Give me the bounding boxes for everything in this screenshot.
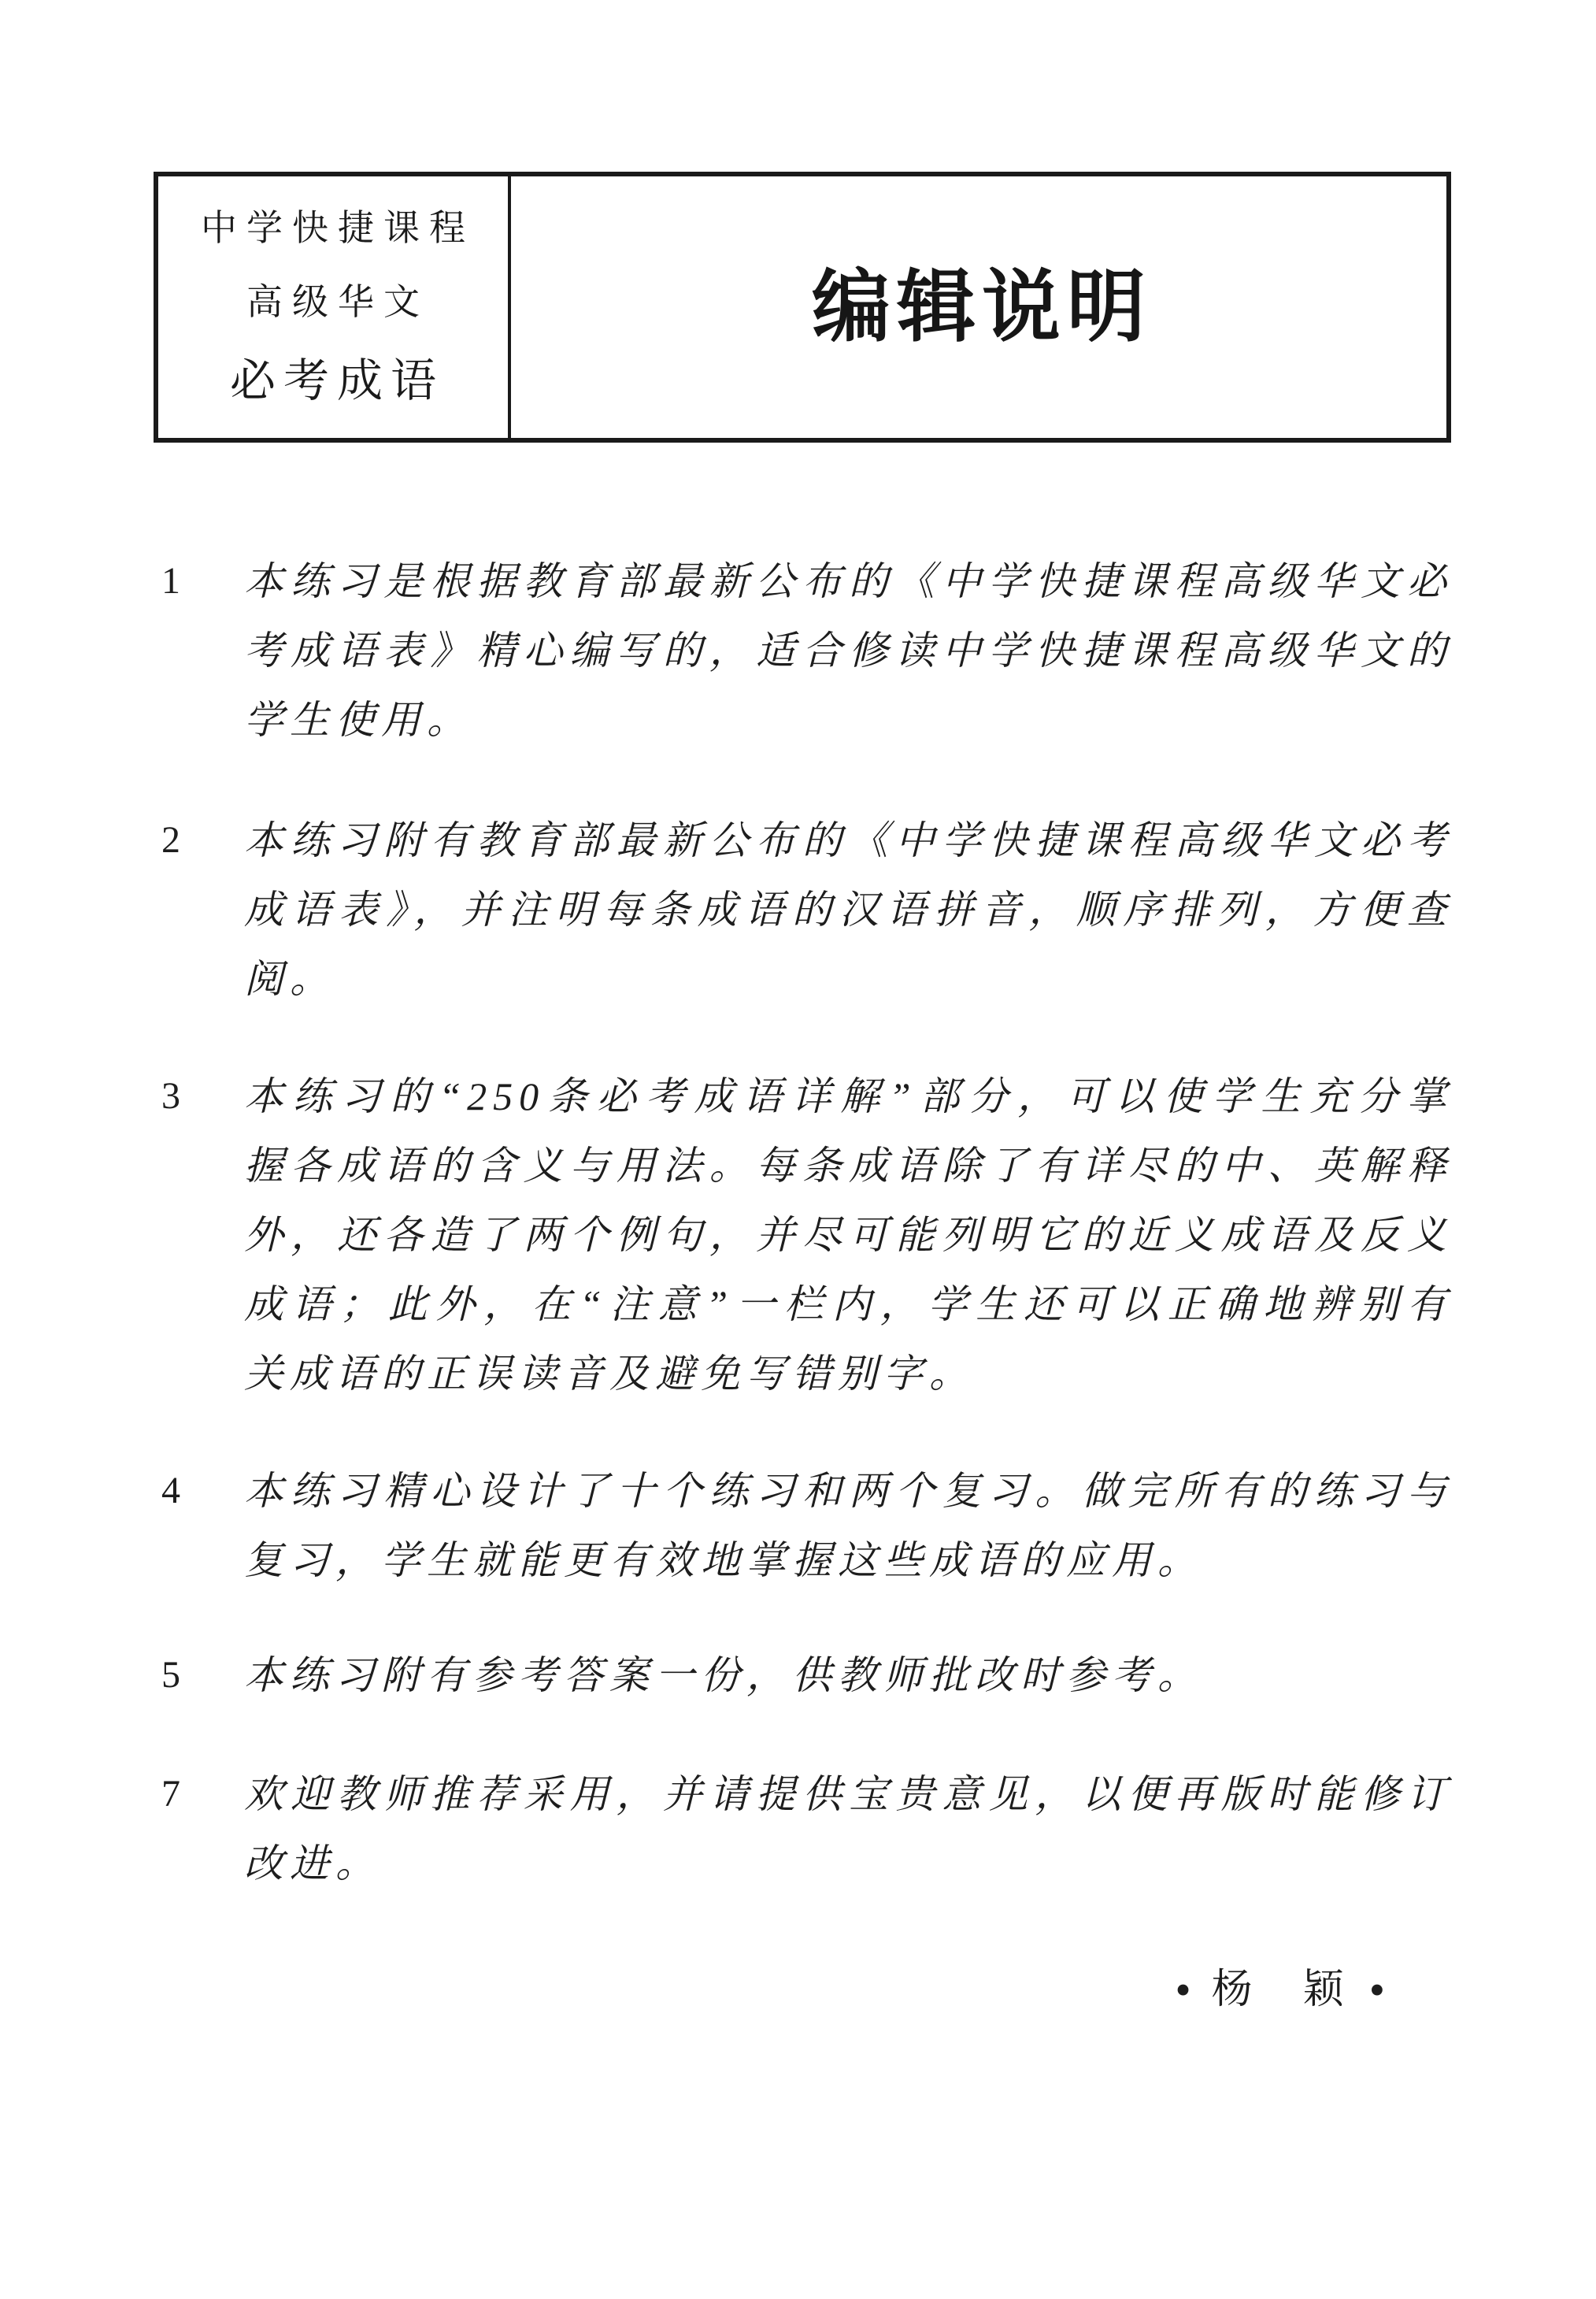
note-line: 本练习是根据教育部最新公布的《中学快捷课程高级华文必 <box>244 547 1453 616</box>
note-number: 3 <box>161 1062 244 1131</box>
note-item-3: 3 本练习的“250条必考成语详解”部分，可以使学生充分掌 握各成语的含义与用法… <box>154 1062 1453 1408</box>
header-title-cell: 编辑说明 <box>511 176 1446 438</box>
note-line: 阅。 <box>244 944 1453 1014</box>
note-number: 2 <box>161 806 244 875</box>
note-item-5: 5 本练习附有参考答案一份，供教师批改时参考。 <box>154 1641 1453 1710</box>
note-text: 本练习附有教育部最新公布的《中学快捷课程高级华文必考 成语表》，并注明每条成语的… <box>244 806 1453 1014</box>
note-line: 成语表》，并注明每条成语的汉语拼音，顺序排列，方便查 <box>244 875 1453 944</box>
note-line: 本练习精心设计了十个练习和两个复习。做完所有的练习与 <box>244 1456 1453 1526</box>
note-line: 考成语表》精心编写的，适合修读中学快捷课程高级华文的 <box>244 616 1453 685</box>
note-text: 本练习是根据教育部最新公布的《中学快捷课程高级华文必 考成语表》精心编写的，适合… <box>244 547 1453 755</box>
series-line-3: 必考成语 <box>222 358 444 404</box>
note-line: 复习，学生就能更有效地掌握这些成语的应用。 <box>244 1526 1453 1595</box>
note-text: 本练习的“250条必考成语详解”部分，可以使学生充分掌 握各成语的含义与用法。每… <box>244 1062 1453 1408</box>
bullet-icon: • <box>1369 1956 1385 2025</box>
note-item-7: 7 欢迎教师推荐采用，并请提供宝贵意见，以便再版时能修订 改进。 <box>154 1759 1453 1898</box>
note-line: 外，还各造了两个例句，并尽可能列明它的近义成语及反义 <box>244 1200 1453 1270</box>
document-page: 中学快捷课程 高级华文 必考成语 编辑说明 1 本练习是根据教育部最新公布的《中… <box>0 0 1596 2299</box>
note-line: 握各成语的含义与用法。每条成语除了有详尽的中、英解释 <box>244 1131 1453 1200</box>
note-line: 学生使用。 <box>244 685 1453 755</box>
page-title: 编辑说明 <box>805 268 1152 347</box>
note-number: 4 <box>161 1456 244 1526</box>
note-line: 成语；此外，在“注意”一栏内，学生还可以正确地辨别有 <box>244 1270 1453 1339</box>
bullet-icon: • <box>1175 1956 1191 2025</box>
note-line: 欢迎教师推荐采用，并请提供宝贵意见，以便再版时能修订 <box>244 1759 1453 1829</box>
series-line-2: 高级华文 <box>237 284 429 321</box>
header-box: 中学快捷课程 高级华文 必考成语 编辑说明 <box>154 172 1451 443</box>
note-line: 本练习附有参考答案一份，供教师批改时参考。 <box>244 1641 1453 1710</box>
note-item-1: 1 本练习是根据教育部最新公布的《中学快捷课程高级华文必 考成语表》精心编写的，… <box>154 547 1453 755</box>
note-number: 7 <box>161 1759 244 1829</box>
note-text: 本练习附有参考答案一份，供教师批改时参考。 <box>244 1641 1453 1710</box>
note-text: 欢迎教师推荐采用，并请提供宝贵意见，以便再版时能修订 改进。 <box>244 1759 1453 1898</box>
note-line: 本练习的“250条必考成语详解”部分，可以使学生充分掌 <box>244 1062 1453 1131</box>
note-line: 关成语的正误读音及避免写错别字。 <box>244 1339 1453 1408</box>
note-number: 5 <box>161 1641 244 1710</box>
note-text: 本练习精心设计了十个练习和两个复习。做完所有的练习与 复习，学生就能更有效地掌握… <box>244 1456 1453 1595</box>
note-item-2: 2 本练习附有教育部最新公布的《中学快捷课程高级华文必考 成语表》，并注明每条成… <box>154 806 1453 1014</box>
note-line: 改进。 <box>244 1829 1453 1898</box>
note-line: 本练习附有教育部最新公布的《中学快捷课程高级华文必考 <box>244 806 1453 875</box>
note-item-4: 4 本练习精心设计了十个练习和两个复习。做完所有的练习与 复习，学生就能更有效地… <box>154 1456 1453 1595</box>
note-number: 1 <box>161 547 244 616</box>
header-series-cell: 中学快捷课程 高级华文 必考成语 <box>158 176 511 438</box>
series-line-1: 中学快捷课程 <box>191 210 475 247</box>
author-name: 杨 颖 <box>1212 1956 1349 2025</box>
author-signature: • 杨 颖 • <box>1175 1956 1385 2025</box>
